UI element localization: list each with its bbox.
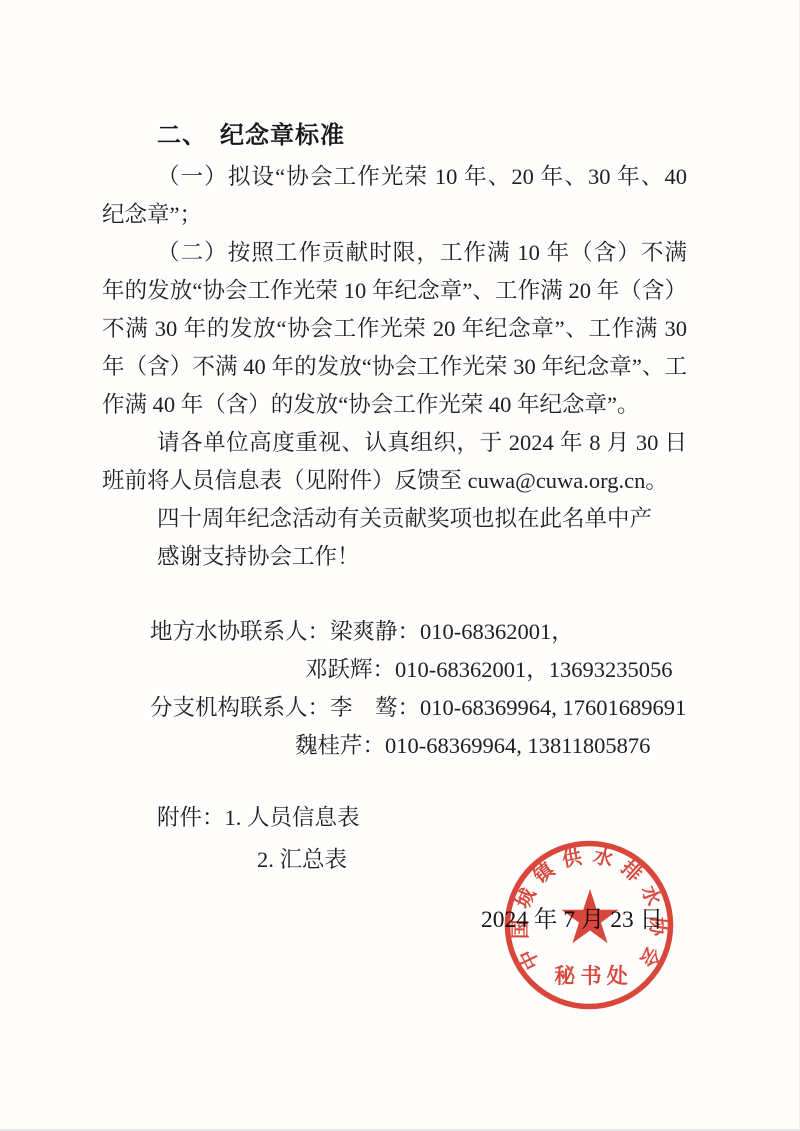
body-line: 不满 30 年的发放“协会工作光荣 20 年纪念章”、工作满 30 <box>102 310 687 348</box>
contact-line-branch-2: 魏桂芹：010-68369964, 13811805876 <box>102 727 687 765</box>
body-line: 年（含）不满 40 年的发放“协会工作光荣 30 年纪念章”、工 <box>102 348 687 386</box>
body-line: （一）拟设“协会工作光荣 10 年、20 年、30 年、40 年 <box>102 158 687 196</box>
body-line: （二）按照工作贡献时限，工作满 10 年（含）不满 20 <box>102 234 687 272</box>
contact-line-local-assoc-2: 邓跃辉：010-68362001，13693235056 <box>102 651 687 689</box>
section-heading: 二、 纪念章标准 <box>102 114 687 158</box>
contact-block: 地方水协联系人：梁爽静：010-68362001，18610864309 邓跃辉… <box>102 613 687 765</box>
letter-body: 二、 纪念章标准 /* heading bound below via its … <box>102 114 687 881</box>
body-line: 四十周年纪念活动有关贡献奖项也拟在此名单中产生。 <box>102 500 687 538</box>
body-line: 年的发放“协会工作光荣 10 年纪念章”、工作满 20 年（含） <box>102 272 687 310</box>
attachment-item-1: 附件：1. 人员信息表 <box>102 797 687 839</box>
seal-dept-text: 秘 书 处 <box>554 964 628 988</box>
contact-line-branch-1: 分支机构联系人：李 骜：010-68369964, 17601689691 <box>102 689 687 727</box>
contact-line-local-assoc-1: 地方水协联系人：梁爽静：010-68362001，18610864309 <box>102 613 687 651</box>
official-seal: 中国城镇供水排水协会 秘 书 处 <box>498 834 680 1016</box>
body-line: 纪念章”； <box>102 196 687 234</box>
body-line: 作满 40 年（含）的发放“协会工作光荣 40 年纪念章”。 <box>102 386 687 424</box>
document-page: 二、 纪念章标准 /* heading bound below via its … <box>0 0 800 1131</box>
body-line: 班前将人员信息表（见附件）反馈至 cuwa@cuwa.org.cn。 <box>102 462 687 500</box>
body-line: 请各单位高度重视、认真组织，于 2024 年 8 月 30 日下 <box>102 424 687 462</box>
body-line: 感谢支持协会工作！ <box>102 538 687 576</box>
seal-star-icon <box>562 889 619 943</box>
